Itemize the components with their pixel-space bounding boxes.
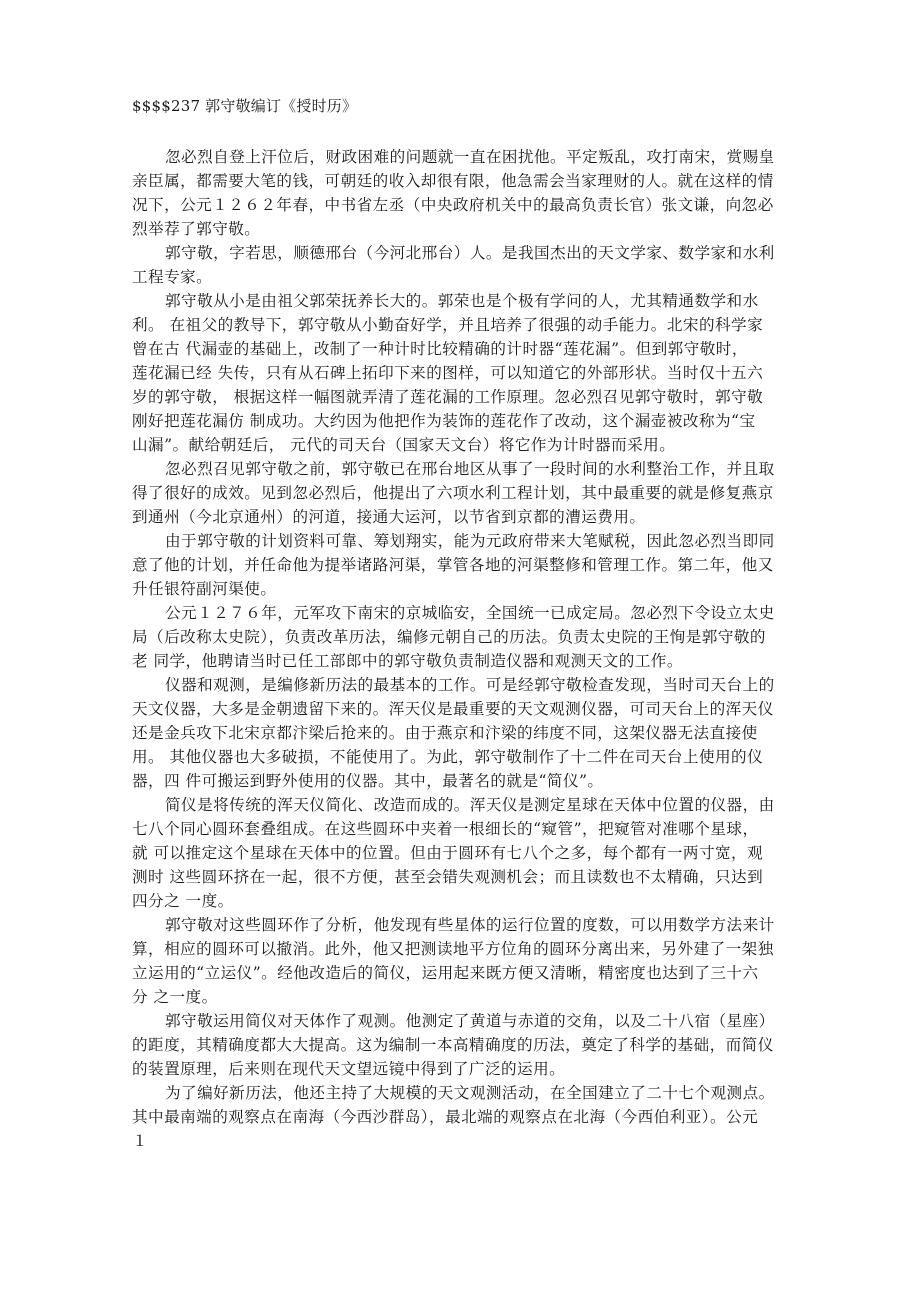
text-line: 立运用的“立运仪”。经他改造后的简仪，运用起来既方便又清晰，精密度也达到了三十六 (132, 961, 797, 985)
document-title: $$$$237 郭守敬编订《授时历》 (132, 94, 797, 118)
paragraph: 郭守敬从小是由祖父郭荣抚养长大的。郭荣也是个极有学问的人，尤其精通数学和水利。 … (132, 289, 797, 457)
text-line: 局（后改称太史院），负责改革历法，编修元朝自己的历法。负责太史院的王恂是郭守敬的 (132, 625, 797, 649)
text-line: 得了很好的成效。见到忽必烈后，他提出了六项水利工程计划，其中最重要的就是修复燕京 (132, 481, 797, 505)
text-line: 还是金兵攻下北宋京都汴梁后抢来的。由于燕京和汴梁的纬度不同，这架仪器无法直接使 (132, 721, 797, 745)
text-line: 天文仪器，大多是金朝遗留下来的。浑天仪是最重要的天文观测仪器，可司天台上的浑天仪 (132, 697, 797, 721)
paragraph: 忽必烈召见郭守敬之前，郭守敬已在邢台地区从事了一段时间的水利整治工作，并且取得了… (132, 457, 797, 529)
text-line: 到通州（今北京通州）的河道，接通大运河，以节省到京都的漕运费用。 (132, 505, 797, 529)
paragraph: 仪器和观测，是编修新历法的最基本的工作。可是经郭守敬检查发现，当时司天台上的天文… (132, 673, 797, 793)
paragraph: 忽必烈自登上汗位后，财政困难的问题就一直在困扰他。平定叛乱，攻打南宋，赏赐皇亲臣… (132, 145, 797, 241)
text-line: 工程专家。 (132, 265, 797, 289)
text-line: 的装置原理，后来则在现代天文望远镜中得到了广泛的运用。 (132, 1057, 797, 1081)
text-line: 其中最南端的观察点在南海（今西沙群岛），最北端的观察点在北海（今西伯利亚）。公元 (132, 1105, 797, 1129)
document-body: 忽必烈自登上汗位后，财政困难的问题就一直在困扰他。平定叛乱，攻打南宋，赏赐皇亲臣… (132, 145, 797, 1153)
paragraph: 郭守敬对这些圆环作了分析，他发现有些星体的运行位置的度数，可以用数学方法来计算，… (132, 913, 797, 1009)
paragraph: 郭守敬，字若思，顺德邢台（今河北邢台）人。是我国杰出的天文学家、数学家和水利工程… (132, 241, 797, 289)
text-line: 郭守敬运用简仪对天体作了观测。他测定了黄道与赤道的交角，以及二十八宿（星座） (132, 1009, 797, 1033)
text-line: 就 可以推定这个星球在天体中的位置。但由于圆环有七八个之多，每个都有一两寸宽，观 (132, 841, 797, 865)
text-line: 山漏”。献给朝廷后， 元代的司天台（国家天文台）将它作为计时器而采用。 (132, 433, 797, 457)
text-line: １ (132, 1129, 797, 1153)
document-page: $$$$237 郭守敬编订《授时历》 忽必烈自登上汗位后，财政困难的问题就一直在… (132, 94, 797, 1153)
text-line: 测时 这些圆环挤在一起，很不方便，甚至会错失观测机会；而且读数也不太精确，只达到 (132, 865, 797, 889)
text-line: 分 之一度。 (132, 985, 797, 1009)
text-line: 由于郭守敬的计划资料可靠、筹划翔实，能为元政府带来大笔赋税，因此忽必烈当即同 (132, 529, 797, 553)
text-line: 升任银符副河渠使。 (132, 577, 797, 601)
text-line: 刚好把莲花漏仿 制成功。大约因为他把作为装饰的莲花作了改动，这个漏壶被改称为“宝 (132, 409, 797, 433)
text-line: 器，四 件可搬运到野外使用的仪器。其中，最著名的就是“简仪”。 (132, 769, 797, 793)
text-line: 莲花漏已经 失传，只有从石碑上拓印下来的图样，可以知道它的外部形状。当时仅十五六 (132, 361, 797, 385)
text-line: 老 同学，他聘请当时已任工部郎中的郭守敬负责制造仪器和观测天文的工作。 (132, 649, 797, 673)
text-line: 郭守敬对这些圆环作了分析，他发现有些星体的运行位置的度数，可以用数学方法来计 (132, 913, 797, 937)
text-line: 郭守敬，字若思，顺德邢台（今河北邢台）人。是我国杰出的天文学家、数学家和水利 (132, 241, 797, 265)
text-line: 忽必烈召见郭守敬之前，郭守敬已在邢台地区从事了一段时间的水利整治工作，并且取 (132, 457, 797, 481)
text-line: 利。 在祖父的教导下，郭守敬从小勤奋好学，并且培养了很强的动手能力。北宋的科学家 (132, 313, 797, 337)
paragraph: 公元１２７６年，元军攻下南宋的京城临安，全国统一已成定局。忽必烈下令设立太史局（… (132, 601, 797, 673)
paragraph: 为了编好新历法，他还主持了大规模的天文观测活动，在全国建立了二十七个观测点。其中… (132, 1081, 797, 1153)
text-line: 用。 其他仪器也大多破损，不能使用了。为此，郭守敬制作了十二件在司天台上使用的仪 (132, 745, 797, 769)
paragraph: 简仪是将传统的浑天仪简化、改造而成的。浑天仪是测定星球在天体中位置的仪器，由七八… (132, 793, 797, 913)
text-line: 岁的郭守敬， 根据这样一幅图就弄清了莲花漏的工作原理。忽必烈召见郭守敬时，郭守敬 (132, 385, 797, 409)
text-line: 郭守敬从小是由祖父郭荣抚养长大的。郭荣也是个极有学问的人，尤其精通数学和水 (132, 289, 797, 313)
text-line: 忽必烈自登上汗位后，财政困难的问题就一直在困扰他。平定叛乱，攻打南宋，赏赐皇 (132, 145, 797, 169)
text-line: 四分之 一度。 (132, 889, 797, 913)
text-line: 况下，公元１２６２年春，中书省左丞（中央政府机关中的最高负责长官）张文谦，向忽必 (132, 193, 797, 217)
text-line: 烈举荐了郭守敬。 (132, 217, 797, 241)
paragraph: 由于郭守敬的计划资料可靠、筹划翔实，能为元政府带来大笔赋税，因此忽必烈当即同意了… (132, 529, 797, 601)
text-line: 为了编好新历法，他还主持了大规模的天文观测活动，在全国建立了二十七个观测点。 (132, 1081, 797, 1105)
text-line: 七八个同心圆环套叠组成。在这些圆环中夹着一根细长的“窥管”，把窥管对准哪个星球， (132, 817, 797, 841)
text-line: 的距度，其精确度都大大提高。这为编制一本高精确度的历法，奠定了科学的基础，而简仪 (132, 1033, 797, 1057)
text-line: 公元１２７６年，元军攻下南宋的京城临安，全国统一已成定局。忽必烈下令设立太史 (132, 601, 797, 625)
paragraph: 郭守敬运用简仪对天体作了观测。他测定了黄道与赤道的交角，以及二十八宿（星座）的距… (132, 1009, 797, 1081)
text-line: 算，相应的圆环可以撤消。此外，他又把测读地平方位角的圆环分离出来，另外建了一架独 (132, 937, 797, 961)
text-line: 简仪是将传统的浑天仪简化、改造而成的。浑天仪是测定星球在天体中位置的仪器，由 (132, 793, 797, 817)
text-line: 曾在古 代漏壶的基础上，改制了一种计时比较精确的计时器“莲花漏”。但到郭守敬时， (132, 337, 797, 361)
text-line: 仪器和观测，是编修新历法的最基本的工作。可是经郭守敬检查发现，当时司天台上的 (132, 673, 797, 697)
text-line: 意了他的计划，并任命他为提举诸路河渠，掌管各地的河渠整修和管理工作。第二年，他又 (132, 553, 797, 577)
text-line: 亲臣属，都需要大笔的钱，可朝廷的收入却很有限，他急需会当家理财的人。就在这样的情 (132, 169, 797, 193)
